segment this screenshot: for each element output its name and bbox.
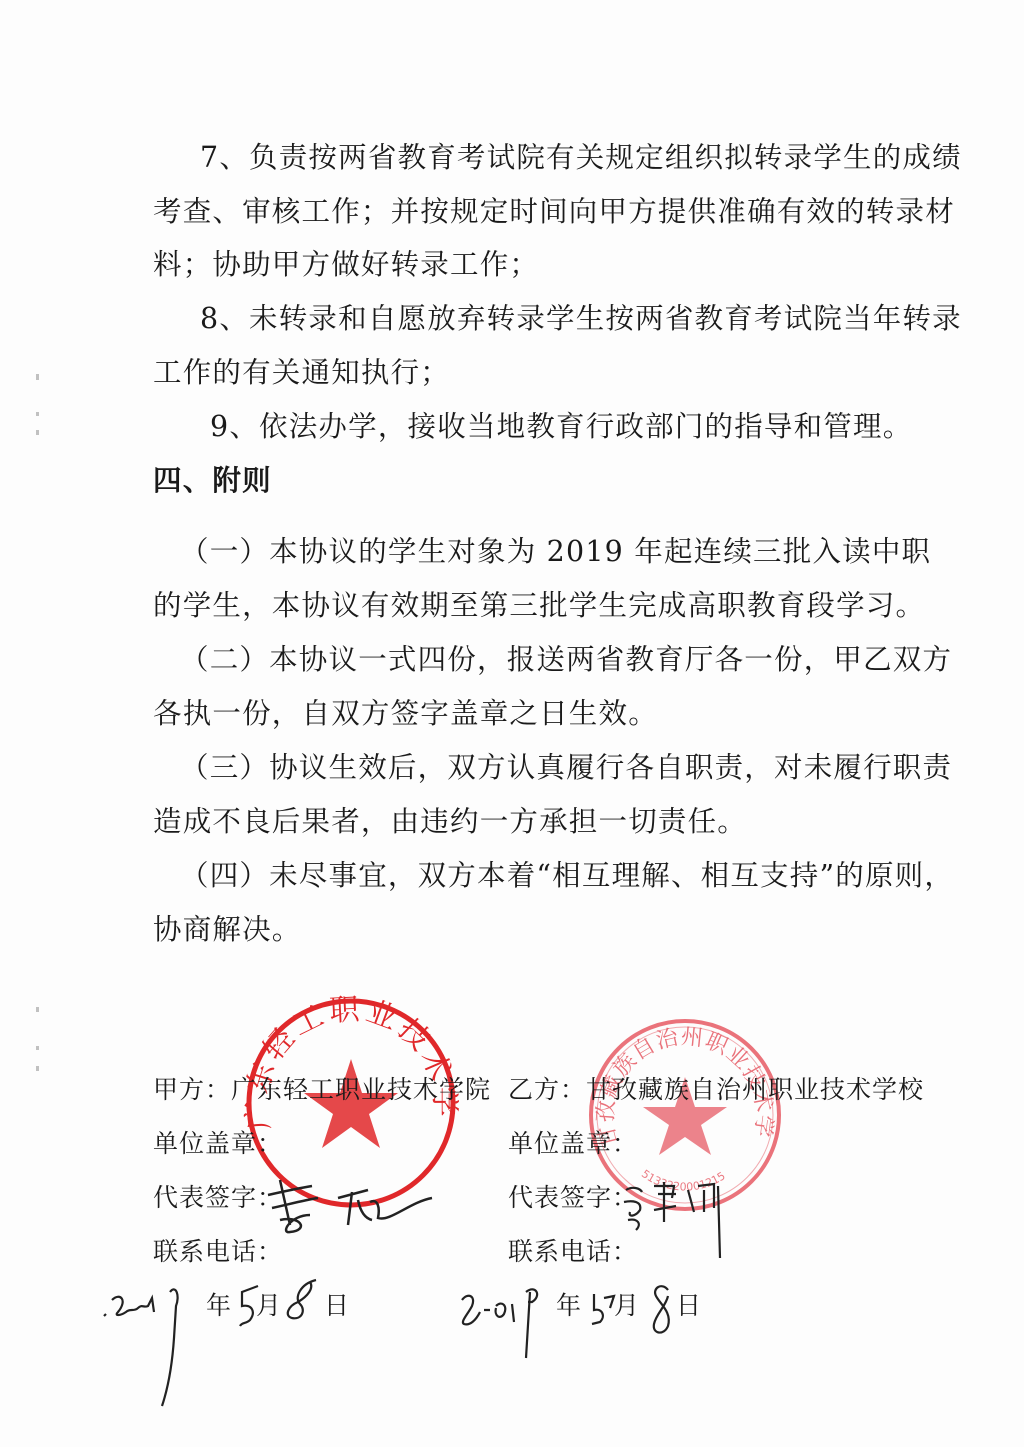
clause-9-line-1: 9、依法办学，接收当地教育行政部门的指导和管理。 (210, 409, 912, 445)
clause-8-line-2: 工作的有关通知执行； (153, 355, 450, 391)
party-b-name: 甘孜藏族自治州职业技术学校 (586, 1075, 924, 1104)
party-b-seal-label: 单位盖章： (508, 1128, 638, 1160)
party-b-phone-label: 联系电话： (508, 1236, 638, 1268)
appendix-2-line-1: （二）本协议一式四份，报送两省教育厅各一份，甲乙双方 (180, 642, 952, 678)
party-b-date-month-char: 月 (614, 1290, 639, 1322)
party-b-date-day-char: 日 (676, 1290, 701, 1322)
party-a-phone-label: 联系电话： (153, 1236, 283, 1268)
party-b-row: 乙方：甘孜藏族自治州职业技术学校 (508, 1074, 924, 1106)
party-b-date-year-handwritten (456, 1282, 556, 1362)
party-a-seal-label: 单位盖章： (153, 1128, 283, 1160)
scan-mark (36, 374, 39, 380)
party-b-rep-label: 代表签字： (508, 1182, 638, 1214)
appendix-4-line-1: （四）未尽事宜，双方本着“相互理解、相互支持”的原则， (180, 858, 954, 894)
scan-mark (36, 1007, 39, 1012)
clause-8-line-1: 8、未转录和自愿放弃转录学生按两省教育考试院当年转录 (200, 301, 962, 337)
party-b-date-year-char: 年 (556, 1290, 581, 1322)
clause-7-line-3: 料；协助甲方做好转录工作； (153, 247, 539, 283)
party-a-signature (260, 1160, 440, 1240)
party-a-date-year-handwritten (98, 1278, 208, 1413)
appendix-2-line-2: 各执一份，自双方签字盖章之日生效。 (153, 696, 658, 732)
scan-mark (36, 1066, 39, 1071)
appendix-3-line-1: （三）协议生效后，双方认真履行各自职责，对未履行职责 (180, 750, 952, 786)
party-b-date-day-handwritten (646, 1282, 676, 1338)
party-b-label: 乙方： (508, 1075, 586, 1104)
party-a-name: 广东轻工职业技术学院 (231, 1075, 491, 1104)
document-page: 7、负责按两省教育考试院有关规定组织拟转录学生的成绩 考查、审核工作；并按规定时… (0, 0, 1024, 1447)
scan-mark (36, 412, 39, 416)
party-a-label: 甲方： (153, 1075, 231, 1104)
scan-mark (36, 1046, 39, 1050)
svg-text:广东轻工职业技术学院: 广东轻工职业技术学院 (243, 995, 459, 1132)
section-heading: 四、附则 (153, 462, 272, 498)
party-a-date-month-char: 月 (256, 1290, 281, 1322)
party-a-date-day-char: 日 (324, 1290, 349, 1322)
clause-7-line-1: 7、负责按两省教育考试院有关规定组织拟转录学生的成绩 (200, 140, 962, 176)
svg-text:5133220001215: 5133220001215 (639, 1167, 728, 1193)
party-a-date-year-char: 年 (206, 1290, 231, 1322)
party-a-row: 甲方：广东轻工职业技术学院 (153, 1074, 491, 1106)
party-a-date-day-handwritten (280, 1276, 320, 1326)
clause-7-line-2: 考查、审核工作；并按规定时间向甲方提供准确有效的转录材 (153, 194, 955, 230)
party-b-date-month-handwritten (588, 1288, 616, 1328)
party-a-rep-label: 代表签字： (153, 1182, 283, 1214)
appendix-3-line-2: 造成不良后果者，由违约一方承担一切责任。 (153, 804, 747, 840)
scan-mark (36, 430, 39, 435)
appendix-1-line-2: 的学生，本协议有效期至第三批学生完成高职教育段学习。 (153, 588, 925, 624)
appendix-4-line-2: 协商解决。 (153, 912, 302, 948)
appendix-1-line-1: （一）本协议的学生对象为 2019 年起连续三批入读中职 (180, 534, 931, 570)
